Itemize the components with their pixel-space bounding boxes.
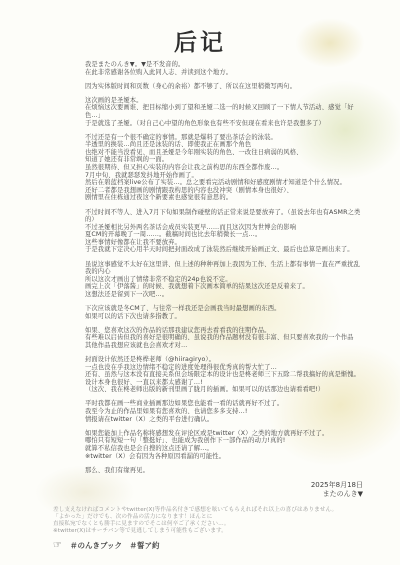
hashtag-line: ☞ ＃のんきブック ＃誓ア約 (53, 540, 159, 551)
afterword-body: 我是またのんき▼。▼是不发音的。 在此非常感谢各位购入此同人志、并读到这个地方。… (85, 61, 363, 481)
paragraph-subject: 这次画的是圣娅本。 在烦恼这次要画谁、把目标缩小到了望和圣娅二选一的时候又回顾了… (85, 97, 363, 127)
footer-line: 「よかった」だけでも、次の作品の活力になります！ほんとに (53, 514, 358, 521)
footer-line: 差し支えなければコメントやtwitter(X)等作品名付きで感想を呟いてもらえれ… (53, 507, 358, 514)
footer-line: ※twitter(X)はサーチバン等で見逃してしまう可能性もございます。 (53, 528, 358, 535)
paragraph-farewell: 那么、我们有缘再见。 (85, 467, 363, 475)
signature-block: 2025年8月18日 またのんき▼ (311, 481, 363, 499)
paragraph-feedback: 如果您能加上作品名称将感想发在评论区或是twitter（X）之类的地方就再好不过… (85, 430, 363, 460)
paragraph-intro: 因为实体版时间和页数（身心的余裕）都不够了、所以在这里稍微写两句。 (85, 83, 363, 91)
pointing-finger-icon: ☞ (53, 541, 62, 551)
paragraph-designer: 封面设计依然还是柊桦老师（@hiiragiryo）。 一点也没在乎我这边情绪不稳… (85, 356, 363, 394)
paragraph-past-works: 如果、您喜欢这次的作品的话那我建议您再去看看我的往期作品。 有些难以启齿但我的喜… (85, 327, 363, 350)
hashtag-text: ＃のんきブック ＃誓ア約 (70, 540, 159, 551)
signature-text: またのんき▼ (311, 490, 363, 499)
paragraph-commercial: 平时我都在画一些商业插画那边如果您也能看一看的话就再好不过了。 我至今为止的作品… (85, 400, 363, 423)
paragraph-next-event: 下次应该就是冬CM了、与往常一样我还是会画我当时最想画的东西。 如果可以的话下次… (85, 305, 363, 320)
page-title: 后记 (0, 24, 400, 57)
footer-line: 直接私宛でなくとも勝手に見ますのでそこは何卒ご了承ください…。 (53, 521, 358, 528)
date-text: 2025年8月18日 (311, 481, 363, 490)
paragraph-greeting: 我是またのんき▼。▼是不发音的。 在此非常感谢各位购入此同人志、并读到这个地方。 (85, 61, 363, 76)
afterword-page: 后记 我是またのんき▼。▼是不发音的。 在此非常感谢各位购入此同人志、并读到这个… (0, 0, 400, 565)
paragraph-mood: 虽说这事感觉不太好在这里讲、但上述的种种再加上我因为工作、生活上都有事情一直在严… (85, 261, 363, 299)
footer-note: 差し支えなければコメントやtwitter(X)等作品名付きで感想を呟いてもらえれ… (53, 507, 358, 535)
paragraph-worries: 不过还是有一个很不确定的事情。那就是爆料了要出茶话会的泳装。 半透里的换装…尚且… (85, 134, 363, 202)
paragraph-deadline: 不过时间不等人、进入7月下旬如果制作碰壁的话正常来说是要放弃了。（虽说去年也有A… (85, 209, 363, 255)
